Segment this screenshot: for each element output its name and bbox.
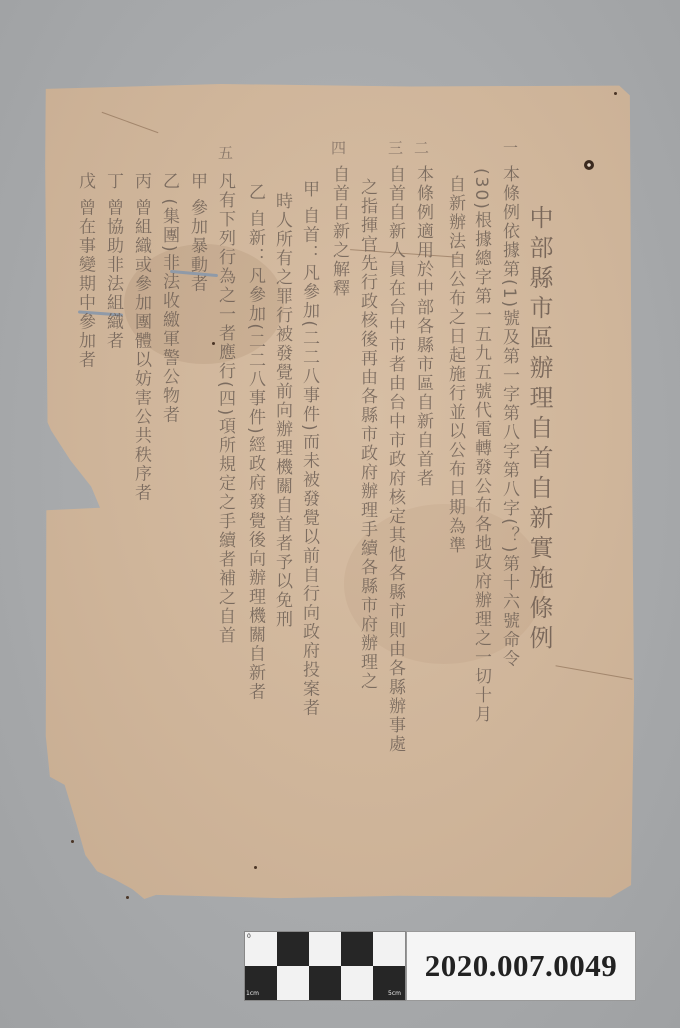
text-column: 自首自新之解釋 (330, 165, 347, 298)
text-column: 本條例適用於中部各縣市區自新自首者 (414, 165, 431, 488)
section-number: 四 (330, 140, 345, 157)
text-column: 時人所有之罪行被發覺前向辦理機關自首者予以免刑 (273, 192, 290, 629)
speck (71, 840, 74, 843)
text-column: 丁 曾協助非法組織者 (104, 172, 121, 350)
text-column: 戊 曾在事變期中參加者 (76, 172, 93, 369)
text-column: (30)根據總字第一五九五號代電轉發公布各地政府辦理之一切十月 (472, 168, 489, 724)
accession-number: 2020.007.0049 (406, 931, 636, 1001)
pin-hole (584, 160, 594, 170)
scale-label-right: 5cm (388, 990, 401, 997)
speck (126, 896, 129, 899)
text-column: 甲 參加暴動者 (188, 172, 205, 293)
text-column: 甲 自首：凡參加(二二八事件)而未被發覺以前自行向政府投案者 (300, 180, 317, 718)
speck (254, 866, 257, 869)
text-column: 乙 自新：凡參加(二二八事件)經政府發覺後向辦理機關自新者 (246, 183, 263, 702)
scale-label-left: 1cm (246, 990, 259, 997)
speck (614, 92, 617, 95)
section-number: 五 (217, 145, 232, 162)
color-scale-bar (244, 931, 406, 1001)
section-number: 二 (413, 140, 428, 157)
text-column: 自新辦法自公布之日起施行並以公布日期為準 (446, 175, 463, 555)
section-number: 一 (502, 140, 517, 157)
text-column: 本條例依據第(1)號及第一字第八字第八字(？)第十六號命令 (500, 165, 517, 668)
text-column: 自首自新人員在台中市者由台中市政府核定其他各縣市則由各縣辦事處 (386, 165, 403, 754)
text-column: 丙 曾組織或參加團體以妨害公共秩序者 (132, 172, 149, 502)
text-column: 之指揮官先行政核後再由各縣市政府辦理手續各縣市府辦理之 (358, 178, 375, 691)
document-title: 中部縣市區辦理自首自新實施條例 (527, 205, 551, 655)
scale-label-top: 0 (247, 933, 251, 940)
text-column: 凡有下列行為之一者應行(四)項所規定之手續者補之自首 (216, 172, 233, 645)
text-column: 乙 (集團)非法收繳軍警公物者 (160, 172, 177, 425)
section-number: 三 (387, 140, 402, 157)
